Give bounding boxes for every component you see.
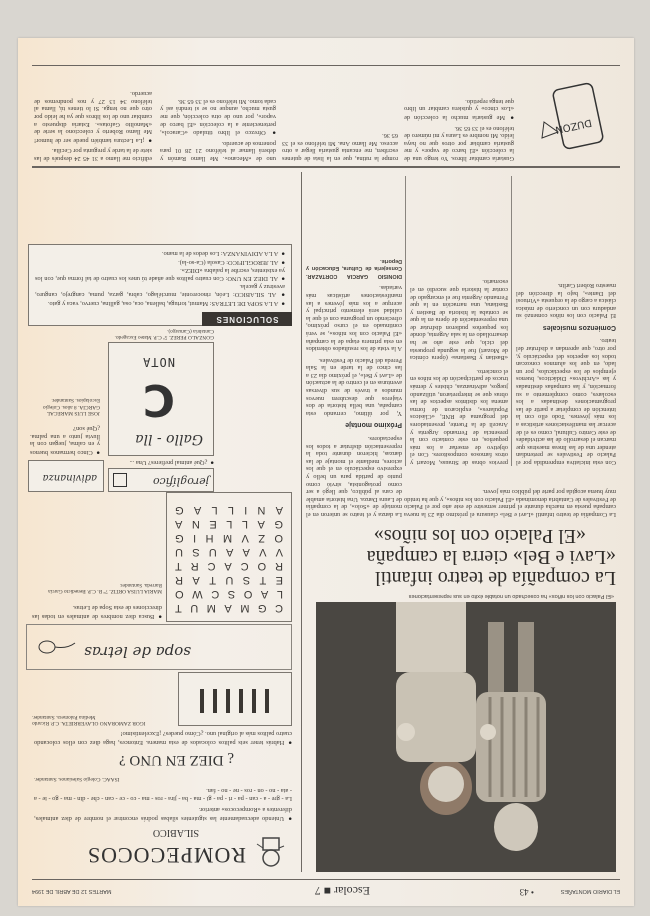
palito [240, 689, 244, 713]
masthead-page-number: • 43 [520, 887, 534, 897]
sopa-instructions: Busca diez nombres de animales en todas … [32, 604, 162, 620]
article-lead: La Compañía de teatro infantil «Lavi e B… [404, 488, 616, 518]
sopa-title-box: sopa de letras [26, 624, 292, 670]
palitos-box [178, 672, 292, 726]
rompecocos-header: ROMPECOCOS SILABICO [32, 824, 294, 874]
sopa-row: GALLENA [175, 517, 283, 531]
sopa-grid: CGMAMUT LAOSCWO ETSUTAR ROCACRT VVAAUSU … [167, 497, 291, 621]
masthead-paper: EL DIARIO MONTAÑES [561, 888, 620, 894]
sopa-row: VVAAUSU [175, 545, 283, 559]
solucion-item: AL JEROGLIFICO: Casola (Ca-so-la). [35, 257, 285, 266]
letters-col-e: edificio me llamo a 31 45 24 después de … [34, 90, 152, 162]
solucion-item: A LA SOPA DE LETRAS: Mamut, tortuga, bal… [35, 298, 285, 307]
headline-line-1: La compañía de teatro infantil [311, 567, 616, 588]
sopa-row: OZVMHIG [175, 531, 283, 545]
jeroglifico-frame-icon [113, 473, 127, 487]
palito [201, 689, 205, 713]
section-divider [301, 172, 302, 872]
diez-en-uno-credit: IGOR ZAMORANO OLAVERRIETA. C.P. Ricardo … [32, 713, 154, 726]
column-divider [511, 176, 512, 466]
masthead-section: Escolar ■ 7 [315, 883, 370, 898]
adivinanza-text: Cinco hermanos buenos y en calma, juegan… [30, 425, 100, 456]
article-author: DIONISIO GARCIA CORTAZAR. Consejería de … [306, 256, 402, 279]
adivinanza-title: adivinanza [43, 472, 97, 483]
silabico-syllables: La - gre - a - can - pa - ri - pa - gi -… [34, 787, 292, 802]
clowns-illustration [316, 602, 616, 872]
palito [253, 689, 257, 713]
masthead: EL DIARIO MONTAÑES • 43 Escolar ■ 7 MART… [32, 882, 620, 898]
subhead-comienzos: Comienzos musicales [516, 323, 616, 331]
bottom-rule [32, 65, 620, 66]
nota-credit: GONZALO PEREZ. 5º C.P. Mateo Escagedo. C… [104, 327, 214, 340]
solucion-item: A LA ADIVINANZA: Los dedos de la mano. [35, 249, 285, 258]
sopa-row: LAOSCWO [175, 587, 283, 601]
can-cartoon-icon: DUZON [536, 72, 616, 162]
article-photo [316, 602, 616, 872]
soluciones-title: SOLUCIONES [202, 312, 292, 326]
sopa-title: sopa de letras [84, 643, 191, 661]
headline-line-3: «El Palacio con los niños» [311, 525, 616, 546]
diez-en-uno-text: Habrás tener seis palitos colocados de e… [34, 730, 292, 746]
masthead-rule [32, 879, 620, 880]
soluciones-box: SOLUCIONES A LA SOPA DE LETRAS: Mamut, t… [28, 244, 292, 326]
rompecocos-title: ROMPECOCOS [87, 842, 246, 868]
silabico-credit: ISAAC. Colegio Salesianos. Santander. [34, 776, 154, 782]
letters-rule [32, 166, 620, 168]
solucion-item: AL SILABICO: León, rinoceronte, murciéla… [35, 282, 285, 298]
article-col3: La danza y el teatro se unieron en el mo… [306, 256, 402, 518]
jeroglifico-title: jeroglífico [153, 475, 209, 488]
masthead-date: MARTES 12 DE ABRIL DE 1994 [32, 888, 111, 894]
letters-col-a: DUZON [520, 69, 616, 162]
spoon-icon [37, 635, 77, 659]
palito [214, 689, 218, 713]
sopa-row: CGMAMUT [175, 601, 283, 615]
column-divider [405, 176, 406, 466]
silabico-heading: SILABICO [153, 827, 199, 838]
nota-handwriting: Gallo - lla [135, 431, 203, 447]
silabico-intro: Uniendo adecuadamente las siguientes síl… [34, 806, 292, 822]
palito [227, 689, 231, 713]
svg-text:DUZON: DUZON [554, 116, 593, 134]
subhead-proximo-montaje: Próximo montaje [306, 421, 402, 429]
sopa-grid-box: CGMAMUT LAOSCWO ETSUTAR ROCACRT VVAAUSU … [166, 492, 292, 622]
article-col2: previos obras de Strauss, Mozart y otros… [410, 278, 508, 466]
paper-sheet: EL DIARIO MONTAÑES • 43 Escolar ■ 7 MART… [18, 38, 634, 906]
newspaper-page: EL DIARIO MONTAÑES • 43 Escolar ■ 7 MART… [0, 0, 650, 916]
adivinanza-box: adivinanza [28, 460, 104, 492]
letters-col-d: uno de «Mecano». Me llamo Ramón y deberá… [160, 97, 276, 162]
nota-box: Gallo - lla C NOTA [108, 342, 214, 456]
adivinanza-credit: JOSE LUIS MARECAL GARCIA. 8 años. Colegi… [30, 397, 100, 416]
sopa-credit: MARIA LUISA ORTIZ. 7º B. C.P. Benedicto … [32, 581, 162, 594]
palitos-group [179, 689, 291, 713]
diez-en-uno-heading: ¿ DIEZ EN UNO ? [119, 751, 234, 768]
sopa-row: ANILLAG [175, 503, 283, 517]
sopa-row: ROCACRT [175, 559, 283, 573]
letters-col-c: rompe la rutina, que en la lista de quie… [282, 132, 398, 162]
article-col1: Con esta iniciativa emprendida por el Pa… [516, 281, 616, 466]
nota-question: ¿Qué animal prefieres? Una ... [104, 457, 214, 466]
nota-letter: C [143, 374, 175, 425]
letters-col-b: Gustaría cambiar libros. Yo tengo una de… [404, 97, 514, 162]
soluciones-list: A LA SOPA DE LETRAS: Mamut, tortuga, bal… [35, 249, 285, 307]
solucion-item: AL DIEZ EN UNO: Con cuatro palitos que a… [35, 266, 285, 282]
sopa-row: ETSUTAR [175, 573, 283, 587]
nota-label: NOTA [142, 355, 175, 369]
jeroglifico-box: jeroglífico [108, 468, 214, 492]
article-headline: La compañía de teatro infantil «Lavi e B… [311, 525, 616, 588]
headline-line-2: «Lavi e Bel» cierra la campaña [311, 546, 616, 567]
robot-mascot-icon [254, 834, 288, 870]
palito [266, 689, 270, 713]
photo-caption: «El Palacio con los niños» ha cosechado … [314, 593, 614, 599]
